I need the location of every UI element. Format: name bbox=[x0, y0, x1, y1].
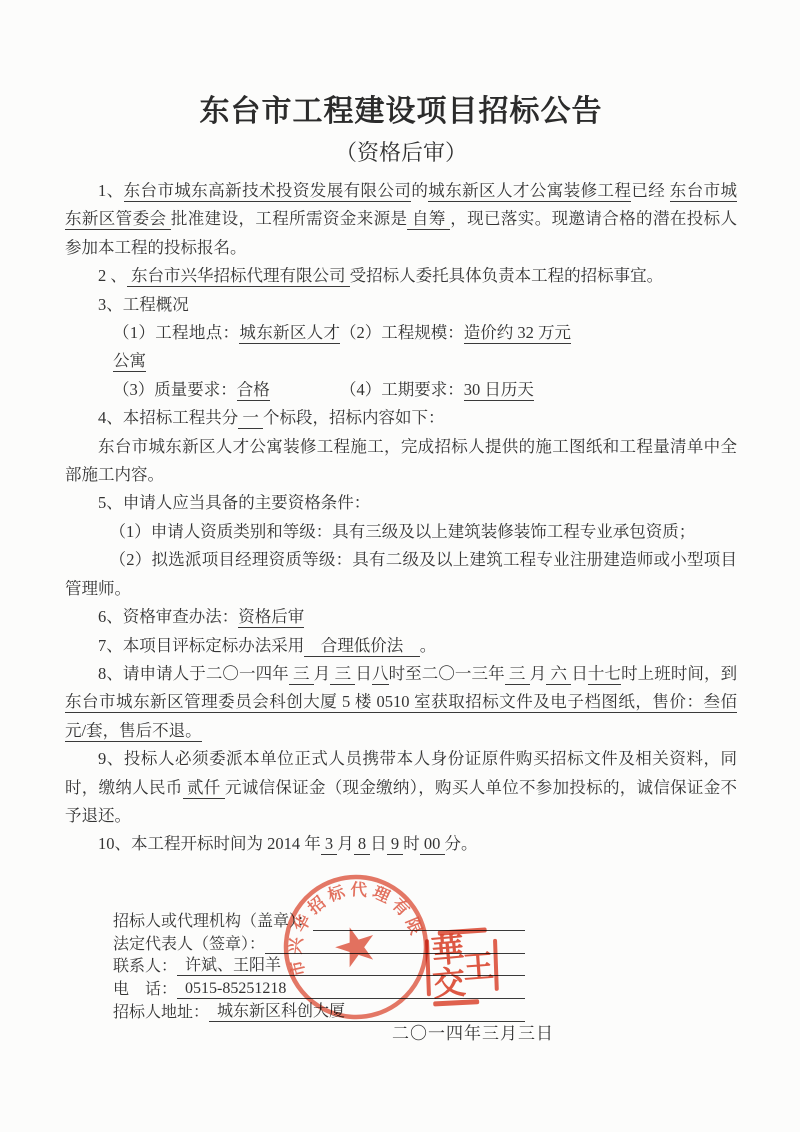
paragraph: 3、工程概况 bbox=[65, 291, 737, 319]
paragraph: 6、资格审查办法：资格后审 bbox=[65, 603, 737, 631]
filled-blank-text: 城东新区人才公寓装修工程 bbox=[428, 181, 631, 202]
text-segment: 日 bbox=[355, 664, 372, 683]
text-segment: 批准建设，工程所需资金来源是 bbox=[171, 209, 408, 228]
stamp-char-jiao: 交 bbox=[431, 967, 467, 1003]
filled-blank-text: 三 bbox=[330, 664, 355, 685]
filled-blank-text: 东台市城东高新技术投资发展有限公司 bbox=[124, 181, 412, 202]
paragraph: 2 、 东台市兴华招标代理有限公司 受招标人委托具体负责本工程的招标事宜。 bbox=[65, 262, 737, 290]
filled-blank-text: 8 bbox=[354, 834, 371, 855]
paragraph: 4、本招标工程共分 一 个标段，招标内容如下： bbox=[65, 404, 737, 432]
two-column-row: （3）质量要求：合格（4）工期要求：30 日历天 bbox=[65, 376, 737, 404]
text-segment: 月 bbox=[314, 664, 331, 683]
document-content: 东台市工程建设项目招标公告 （资格后审） 1、东台市城东高新技术投资发展有限公司… bbox=[65, 94, 737, 859]
signature-label: 招标人地址： bbox=[113, 999, 209, 1022]
filled-blank-text: 合理低价法 bbox=[304, 636, 420, 657]
document-title: 东台市工程建设项目招标公告 bbox=[65, 94, 737, 130]
paragraph: 东台市城东新区人才公寓装修工程施工，完成招标人提供的施工图纸和工程量清单中全部施… bbox=[65, 433, 737, 490]
filled-blank-text: 自筹 bbox=[407, 209, 450, 230]
text-segment: 8、请申请人于二〇一四年 bbox=[98, 664, 289, 683]
text-segment: 时 bbox=[403, 834, 420, 853]
stamp-char-wang: 王 bbox=[462, 950, 495, 983]
signature-value: 许斌、王阳羊 bbox=[185, 957, 281, 974]
filled-blank-text: 3 bbox=[321, 834, 338, 855]
text-segment: 。 bbox=[420, 636, 437, 655]
text-segment: 个标段，招标内容如下： bbox=[263, 408, 445, 427]
signature-label: 联系人： bbox=[113, 953, 177, 976]
company-seal-stamp: 东台市兴华招标代理有限公司 ★ bbox=[270, 861, 442, 1033]
filled-blank-text: 00 bbox=[420, 834, 445, 855]
text-segment: 时至二〇一三年 bbox=[389, 664, 505, 683]
filled-blank-text: 9 bbox=[387, 834, 404, 855]
text-segment: 6、资格审查办法： bbox=[98, 607, 238, 626]
paragraph: 5、申请人应当具备的主要资格条件： bbox=[65, 489, 737, 517]
text-segment: 时上班时间，到 bbox=[621, 664, 737, 683]
filled-blank-text: 一 bbox=[238, 408, 263, 429]
filled-blank-text: 东台市城东新区管理委员会科创大厦 5 楼 0510 室获取招标文件及电子档图纸，… bbox=[65, 692, 737, 741]
text-segment: （4）工期要求： bbox=[340, 380, 464, 399]
text-segment: 2 、 bbox=[98, 266, 127, 285]
filled-blank-text: 八 bbox=[372, 664, 389, 685]
filled-blank-text: 十七 bbox=[588, 664, 621, 685]
text-segment: 日 bbox=[571, 664, 588, 683]
filled-blank-text: 30 日历天 bbox=[464, 380, 534, 401]
row-cell: （2）工程规模：造价约 32 万元 bbox=[340, 319, 737, 376]
row-cell: （3）质量要求：合格 bbox=[65, 376, 340, 404]
filled-blank-text: 造价约 32 万元 bbox=[464, 323, 571, 344]
text-segment: 的 bbox=[411, 181, 428, 200]
filled-blank-text: 东台市兴华招标代理有限公司 bbox=[127, 266, 350, 287]
signature-label: 法定代表人（签章）： bbox=[113, 931, 265, 954]
text-segment: 日 bbox=[370, 834, 387, 853]
row-cell: （4）工期要求：30 日历天 bbox=[340, 376, 737, 404]
text-segment: 4、本招标工程共分 bbox=[98, 408, 238, 427]
text-segment: （1）工程地点： bbox=[113, 323, 239, 342]
text-segment: 5、申请人应当具备的主要资格条件： bbox=[98, 493, 370, 512]
text-segment: 3、工程概况 bbox=[98, 295, 189, 314]
text-segment: 1、 bbox=[98, 181, 124, 200]
signature-name-stamp: 華 王 交 bbox=[418, 920, 509, 1015]
filled-blank-text: 三 bbox=[505, 664, 530, 685]
paragraph: 10、本工程开标时间为 2014 年 3 月 8 日 9 时 00 分。 bbox=[65, 830, 737, 858]
document-subtitle: （资格后审） bbox=[65, 139, 737, 167]
text-segment: 7、本项目评标定标办法采用 bbox=[98, 636, 304, 655]
text-segment: 月 bbox=[337, 834, 354, 853]
text-segment: （3）质量要求： bbox=[113, 380, 237, 399]
text-segment: 分。 bbox=[445, 834, 478, 853]
paragraph: 7、本项目评标定标办法采用 合理低价法 。 bbox=[65, 632, 737, 660]
filled-blank-text: 贰仟 bbox=[183, 778, 225, 799]
document-body: 1、东台市城东高新技术投资发展有限公司的城东新区人才公寓装修工程已经 东台市城东… bbox=[65, 177, 737, 859]
paragraph: 9、投标人必须委派本单位正式人员携带本人身份证原件购买招标文件及相关资料，同时，… bbox=[65, 745, 737, 830]
text-segment: （2）拟选派项目经理资质等级：具有二级及以上建筑工程专业注册建造师或小型项目管理… bbox=[65, 550, 737, 597]
paragraph: （1）申请人资质类别和等级：具有三级及以上建筑装修装饰工程专业承包资质； bbox=[65, 518, 737, 546]
text-segment: 已经 bbox=[631, 181, 669, 200]
paragraph: 8、请申请人于二〇一四年 三 月 三 日八时至二〇一三年 三 月 六 日十七时上… bbox=[65, 660, 737, 745]
filled-blank-text: 合格 bbox=[237, 380, 270, 401]
two-column-row: （1）工程地点：城东新区人才公寓（2）工程规模：造价约 32 万元 bbox=[65, 319, 737, 376]
text-segment: 东台市城东新区人才公寓装修工程施工，完成招标人提供的施工图纸和工程量清单中全部施… bbox=[65, 437, 737, 484]
filled-blank-text: 资格后审 bbox=[238, 607, 304, 628]
text-segment: 10、本工程开标时间为 2014 年 bbox=[98, 834, 321, 853]
text-segment: （1）申请人资质类别和等级：具有三级及以上建筑装修装饰工程专业承包资质； bbox=[110, 522, 696, 541]
paragraph: （2）拟选派项目经理资质等级：具有二级及以上建筑工程专业注册建造师或小型项目管理… bbox=[65, 546, 737, 603]
signature-label: 电 话： bbox=[113, 976, 177, 999]
seal-star-icon: ★ bbox=[325, 913, 387, 982]
row-cell: （1）工程地点：城东新区人才公寓 bbox=[65, 319, 340, 376]
text-segment: 月 bbox=[530, 664, 547, 683]
paragraph: 1、东台市城东高新技术投资发展有限公司的城东新区人才公寓装修工程已经 东台市城东… bbox=[65, 177, 737, 262]
filled-blank-text: 三 bbox=[289, 664, 314, 685]
scanned-document-page: 东台市工程建设项目招标公告 （资格后审） 1、东台市城东高新技术投资发展有限公司… bbox=[0, 0, 800, 1132]
text-segment: （2）工程规模： bbox=[340, 323, 464, 342]
text-segment: 受招标人委托具体负责本工程的招标事宜。 bbox=[350, 266, 664, 285]
filled-blank-text: 六 bbox=[546, 664, 571, 685]
seal-group: 东台市兴华招标代理有限公司 ★ bbox=[270, 861, 442, 1033]
